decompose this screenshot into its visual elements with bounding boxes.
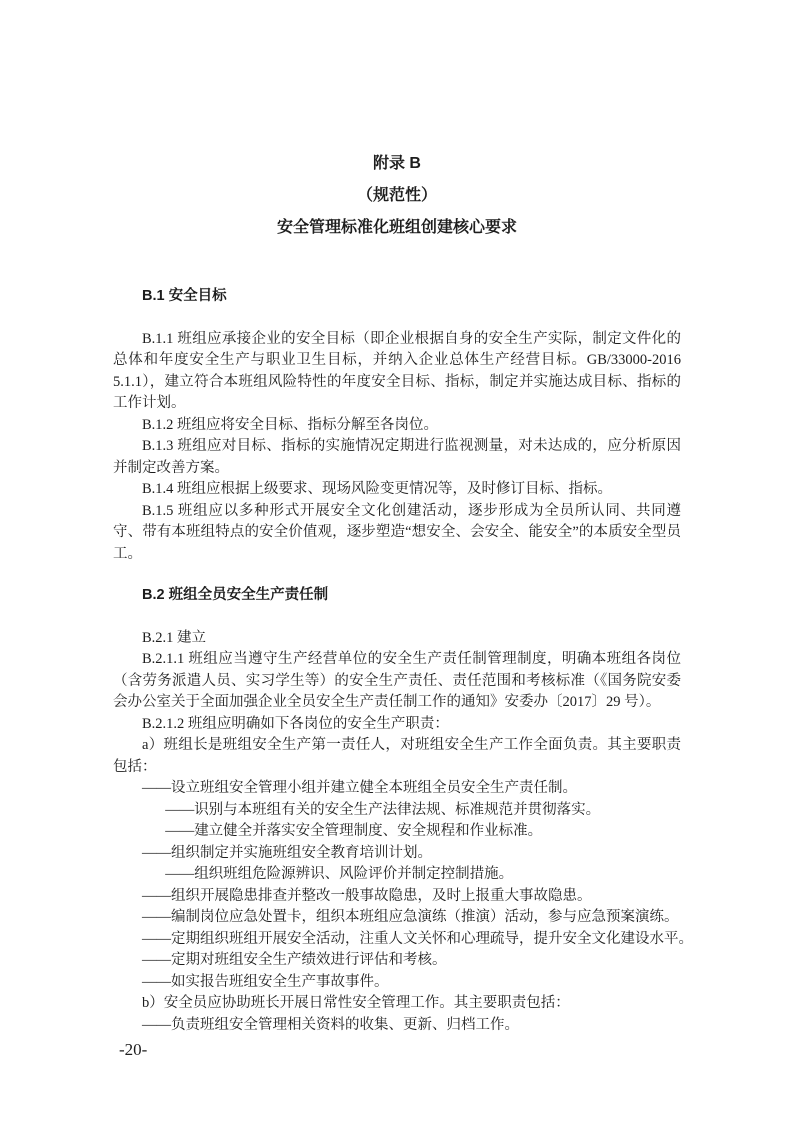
duty-a-item: ——组织班组危险源辨识、风险评价并制定控制措施。: [113, 864, 681, 886]
duty-a-item: ——编制岗位应急处置卡，组织本班组应急演练（推演）活动，参与应急预案演练。: [113, 907, 681, 929]
duty-a-item: ——建立健全并落实安全管理制度、安全规程和作业标准。: [113, 821, 681, 843]
paragraph-b1-3: B.1.3 班组应对目标、指标的实施情况定期进行监视测量，对未达成的，应分析原因…: [113, 436, 681, 479]
duty-a-item: ——如实报告班组安全生产事故事件。: [113, 972, 681, 994]
paragraph-b1-4: B.1.4 班组应根据上级要求、现场风险变更情况等，及时修订目标、指标。: [113, 479, 681, 501]
paragraph-b1-5: B.1.5 班组应以多种形式开展安全文化创建活动，逐步形成为全员所认同、共同遵守…: [113, 501, 681, 566]
duty-a-item: ——设立班组安全管理小组并建立健全本班组全员安全生产责任制。: [113, 778, 681, 800]
normative-label: （规范性）: [113, 180, 681, 212]
duty-a-intro: a）班组长是班组安全生产第一责任人，对班组安全生产工作全面负责。其主要职责包括：: [113, 735, 681, 778]
page-number: -20-: [119, 1040, 147, 1060]
duty-a-item: ——识别与本班组有关的安全生产法律法规、标准规范并贯彻落实。: [113, 800, 681, 822]
document-title-block: 附录 B （规范性） 安全管理标准化班组创建核心要求: [113, 148, 681, 244]
section-b2-heading: B.2 班组全员安全生产责任制: [113, 585, 681, 607]
paragraph-b2-1: B.2.1 建立: [113, 628, 681, 650]
duty-b-intro: b）安全员应协助班长开展日常性安全管理工作。其主要职责包括：: [113, 993, 681, 1015]
document-page: 附录 B （规范性） 安全管理标准化班组创建核心要求 B.1 安全目标 B.1.…: [0, 0, 794, 1123]
paragraph-b2-1-1: B.2.1.1 班组应当遵守生产经营单位的安全生产责任制管理制度，明确本班组各岗…: [113, 649, 681, 714]
duty-b-item: ——负责班组安全管理相关资料的收集、更新、归档工作。: [113, 1015, 681, 1037]
paragraph-b2-1-2: B.2.1.2 班组应明确如下各岗位的安全生产职责：: [113, 714, 681, 736]
duty-a-item: ——组织开展隐患排查并整改一般事故隐患，及时上报重大事故隐患。: [113, 886, 681, 908]
paragraph-b1-1: B.1.1 班组应承接企业的安全目标（即企业根据自身的安全生产实际，制定文件化的…: [113, 329, 681, 415]
appendix-label: 附录 B: [113, 148, 681, 180]
duty-a-item: ——组织制定并实施班组安全教育培训计划。: [113, 843, 681, 865]
section-b1-heading: B.1 安全目标: [113, 286, 681, 308]
paragraph-b1-2: B.1.2 班组应将安全目标、指标分解至各岗位。: [113, 415, 681, 437]
document-title: 安全管理标准化班组创建核心要求: [113, 212, 681, 244]
duty-a-item: ——定期对班组安全生产绩效进行评估和考核。: [113, 950, 681, 972]
duty-a-item: ——定期组织班组开展安全活动，注重人文关怀和心理疏导，提升安全文化建设水平。: [113, 929, 681, 951]
